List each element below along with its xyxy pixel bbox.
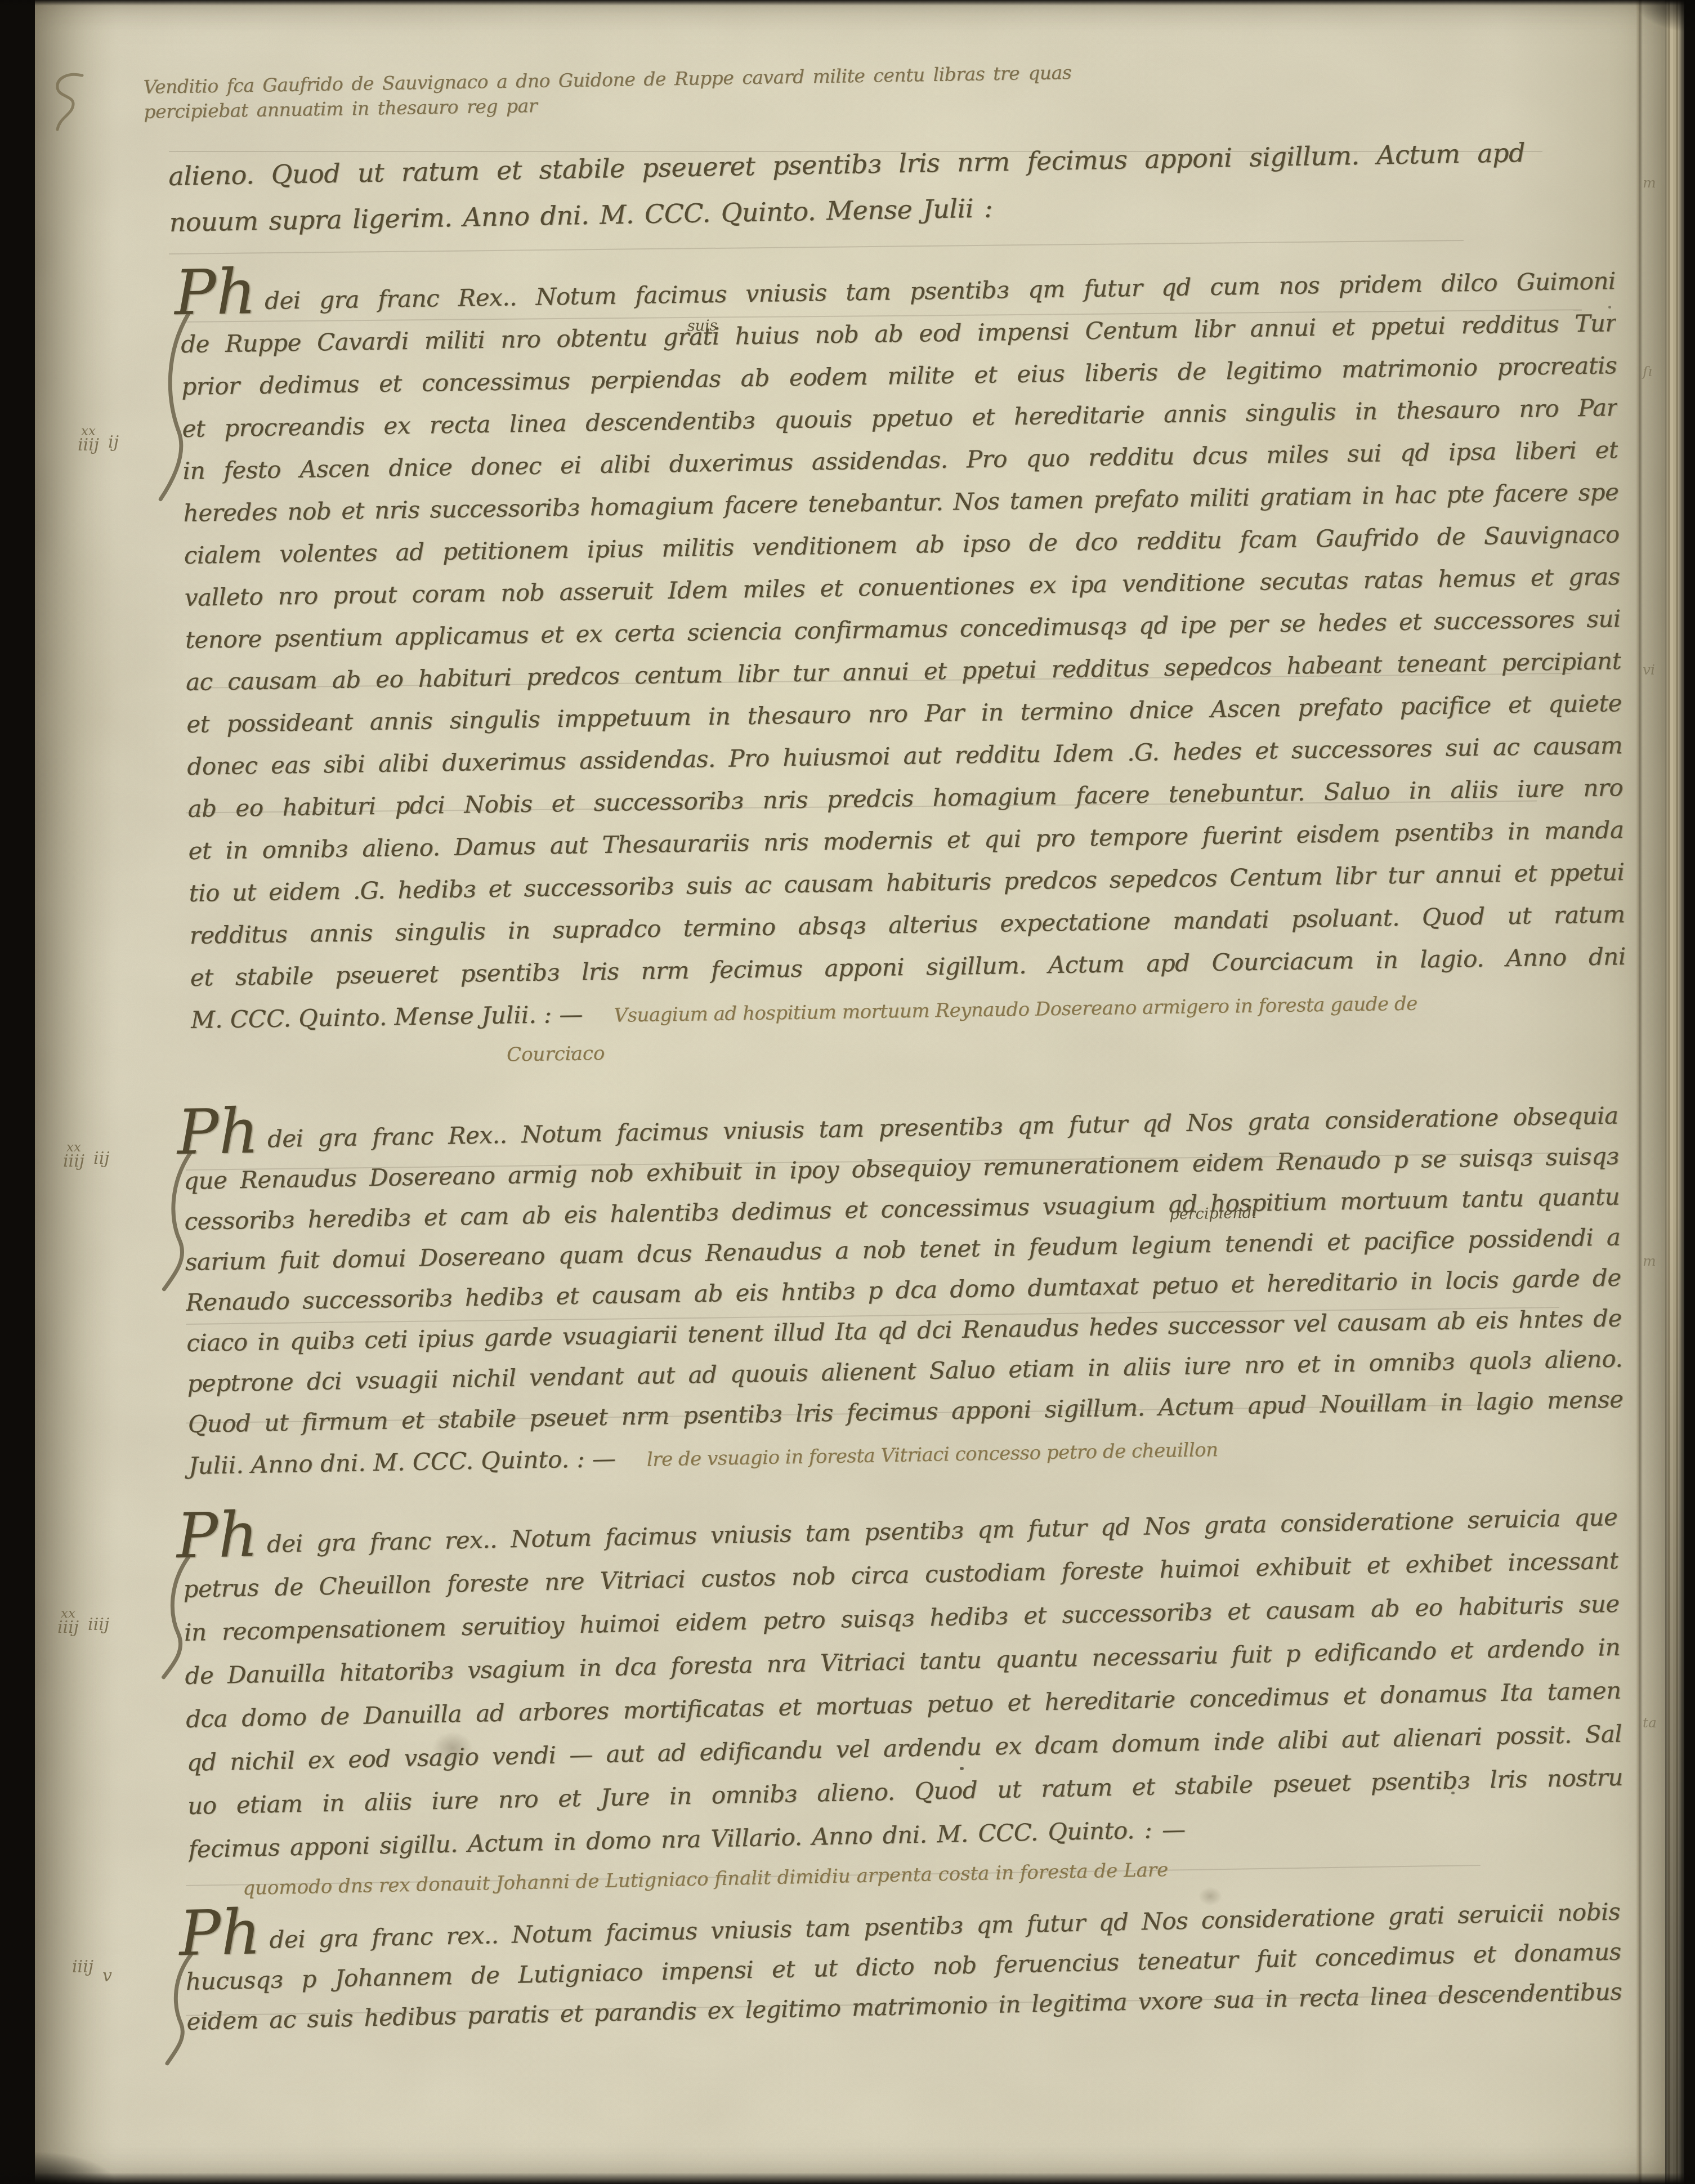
- interlinear-addition: suis: [687, 317, 718, 335]
- pen-flourish-icon: [158, 1953, 201, 2066]
- pen-flourish-icon: [156, 1151, 199, 1293]
- paragraph-lines: dei gra franc rex.. Notum facimus vniusi…: [182, 1495, 1624, 1871]
- edge-ink-trace: ſı: [1643, 363, 1652, 379]
- score-units: v: [102, 1966, 112, 1986]
- score-units: iiij: [88, 1615, 109, 1634]
- score-base: iiij: [72, 1959, 93, 1975]
- margin-foliation-note: xx iiij ij: [78, 426, 119, 453]
- interlinear-addition: percipiendi: [1169, 1204, 1257, 1223]
- charter-paragraph-d: Ph dei gra franc rex.. Notum facimus vni…: [182, 1495, 1625, 1908]
- edge-ink-trace: m: [1643, 1253, 1656, 1269]
- roman-numeral-score: xx iiij: [57, 1608, 79, 1635]
- paraph-mark-icon: [50, 71, 91, 133]
- score-units: iij: [93, 1149, 110, 1168]
- score-base: iiij: [78, 437, 99, 453]
- roman-numeral-score: iiij: [72, 1959, 93, 1975]
- roman-numeral-score: xx iiij: [63, 1142, 84, 1169]
- dating-clause: M. CCC. Quinto. Mense Julii. : —: [190, 993, 583, 1041]
- photo-corner-shadow: [35, 2133, 159, 2184]
- margin-foliation-note: xx iiij iiij: [57, 1608, 109, 1635]
- pen-flourish-icon: [153, 312, 196, 504]
- margin-foliation-note: iiij v: [72, 1959, 112, 1986]
- score-units: ij: [108, 432, 119, 452]
- folio-edge-stack: [1665, 0, 1684, 2184]
- charter-paragraph-c: Ph percipiendi dei gra franc Rex.. Notum…: [182, 1096, 1624, 1489]
- photo-edge-top: [0, 0, 1695, 6]
- photo-edge-bottom: [0, 2173, 1695, 2184]
- photo-corner-shadow: [1605, 0, 1695, 51]
- roman-numeral-score: xx iiij: [78, 426, 99, 453]
- paragraph-lines: dei gra franc Rex.. Notum facimus vniusi…: [182, 1096, 1624, 1445]
- charter-paragraph-b: Ph suis dei gra franc Rex.. Notum facimu…: [180, 260, 1627, 1076]
- pen-flourish-icon: [155, 1555, 198, 1680]
- dating-clause: Julii. Anno dni. M. CCC. Quinto. : —: [188, 1437, 616, 1487]
- score-base: iiij: [57, 1620, 79, 1635]
- edge-ink-trace: ta: [1643, 1714, 1657, 1731]
- margin-foliation-note: xx iiij iij: [63, 1142, 110, 1169]
- paragraph-lines: dei gra franc Rex.. Notum facimus vniusi…: [180, 260, 1626, 999]
- edge-ink-trace: m: [1643, 175, 1656, 191]
- score-base: iiij: [63, 1154, 84, 1169]
- edge-ink-trace: vi: [1643, 662, 1655, 678]
